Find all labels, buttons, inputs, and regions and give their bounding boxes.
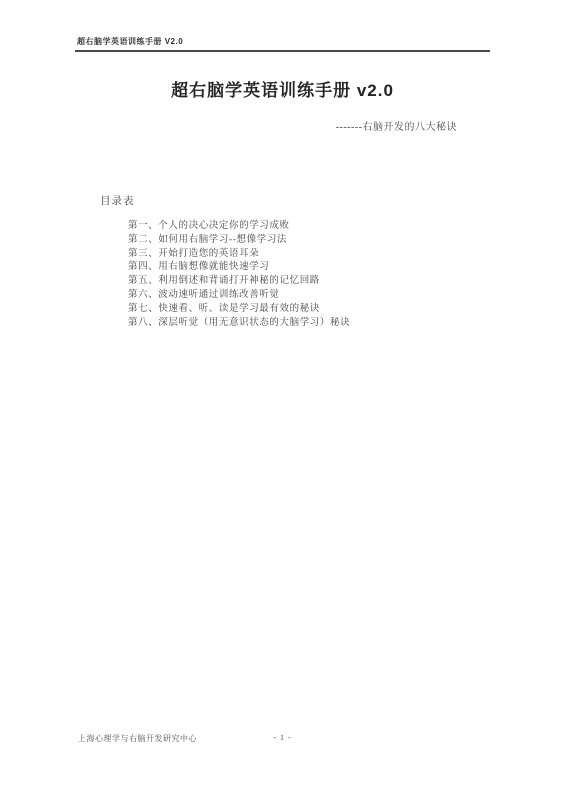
toc-item-1: 第一、个人的决心决定你的学习成败 [128, 220, 350, 234]
subtitle: -------右脑开发的八大秘诀 [336, 118, 457, 133]
header-rule [75, 50, 490, 52]
toc-heading: 目录表 [100, 193, 135, 208]
toc-item-4: 第四、用右脑想像就能快速学习 [128, 261, 350, 275]
running-header-label: 超右脑学英语训练手册 V2.0 [77, 36, 183, 47]
page-title: 超右脑学英语训练手册 v2.0 [0, 76, 565, 101]
toc-item-2: 第二、如何用右脑学习--想像学习法 [128, 234, 350, 248]
toc-item-5: 第五、利用倒述和背诵打开神秘的记忆回路 [128, 275, 350, 289]
document-page: 超右脑学英语训练手册 V2.0 超右脑学英语训练手册 v2.0 -------右… [0, 0, 565, 800]
toc-list: 第一、个人的决心决定你的学习成败 第二、如何用右脑学习--想像学习法 第三、开始… [128, 220, 350, 330]
toc-item-8: 第八、深层听觉（用无意识状态的大脑学习）秘诀 [128, 317, 350, 331]
toc-item-3: 第三、开始打造您的英语耳朵 [128, 248, 350, 262]
toc-item-6: 第六、波动速听通过训练改善听觉 [128, 289, 350, 303]
toc-item-7: 第七、快速看、听、读是学习最有效的秘诀 [128, 303, 350, 317]
footer-organization: 上海心理学与右脑开发研究中心 [78, 733, 197, 744]
